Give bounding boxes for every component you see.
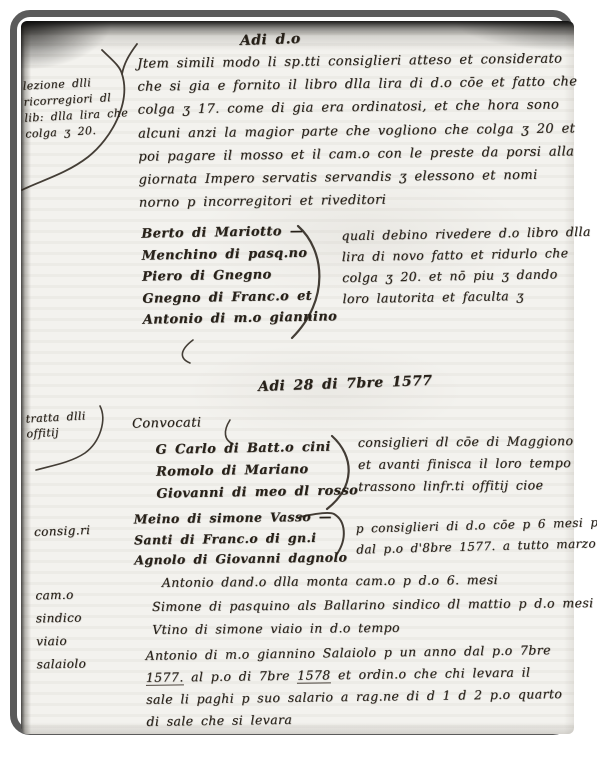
text-segment: dal p.o d'8bre 1577. a tutto marzo: [356, 536, 597, 556]
text-segment: et ordin.o che chi levara il: [331, 665, 531, 683]
name-entry: Giovanni di meo dl rosso: [156, 480, 358, 506]
councillors-term-note: p consiglieri di d.o cōe p 6 mesi pp.i d…: [355, 511, 597, 560]
officer-entry: Simone di pasquino als Ballarino sindico…: [152, 590, 597, 618]
margin-note-offices-draw: tratta dlli offitij: [25, 408, 87, 441]
convened-name-list: G Carlo di Batt.o cini Romolo di Mariano…: [155, 436, 358, 506]
officers-list: Antonio dand.o dlla monta cam.o p d.o 6.…: [152, 567, 597, 642]
councillors-name-list: Meino di simone Vasso — Santi di Franc.o…: [134, 507, 348, 571]
margin-label-consiglieri: consig.ri: [34, 523, 91, 539]
name-entry: G Carlo di Batt.o cini: [155, 436, 357, 462]
margin-note-election: lezione dlli ricorregiori dl lib: dlla l…: [22, 73, 129, 142]
margin-office-label: sindico: [36, 607, 86, 631]
deliberation-paragraph: Jtem simili modo li sp.tti consiglieri a…: [137, 47, 579, 215]
convened-side-note: consiglieri dl cōe di Maggiono et avanti…: [358, 430, 574, 498]
margin-office-labels: cam.o sindico viaio salaiolo: [35, 584, 86, 677]
text-line: et avanti finisca il loro tempo: [358, 452, 574, 476]
text-line: colga ʒ 20. et nō piu ʒ dando: [342, 263, 592, 288]
underlined-year: 1577.: [146, 669, 184, 686]
name-entry: Agnolo di Giovanni dagnolo: [134, 548, 347, 571]
convocati-label: Convocati: [132, 415, 202, 431]
salaiolo-paragraph: Antonio di m.o giannino Salaiolo p un an…: [145, 639, 562, 733]
underlined-year: 1578: [297, 667, 331, 683]
margin-office-label: viaio: [36, 630, 86, 654]
margin-office-label: cam.o: [35, 584, 85, 608]
margin-note-line: tratta dlli: [25, 408, 86, 426]
margin-note-line: offitij: [26, 423, 87, 441]
text-segment: al p.o di 7bre: [184, 668, 298, 685]
electors-task-note: quali debino rivedere d.o libro dlla lir…: [341, 221, 592, 309]
text-line: loro lautorita et faculta ʒ: [342, 284, 592, 309]
name-entry: Menchino di pasq.no: [141, 242, 336, 267]
text-line: trassono linfr.ti offitij cioe: [358, 474, 574, 498]
margin-office-label: salaiolo: [36, 653, 86, 677]
text-line: consiglieri dl cōe di Maggiono: [358, 430, 574, 454]
name-entry: Meino di simone Vasso —: [134, 507, 347, 530]
heading-adi-detto: Adi d.o: [240, 31, 301, 49]
name-entry: Antonio di m.o giannino: [143, 306, 338, 331]
electors-name-list: Berto di Mariotto — Menchino di pasq.no …: [141, 220, 337, 331]
officer-entry: Vtino di simone viaio in d.o tempo: [152, 614, 597, 642]
manuscript-scan: Adi d.o lezione dlli ricorregiori dl lib…: [0, 0, 597, 760]
